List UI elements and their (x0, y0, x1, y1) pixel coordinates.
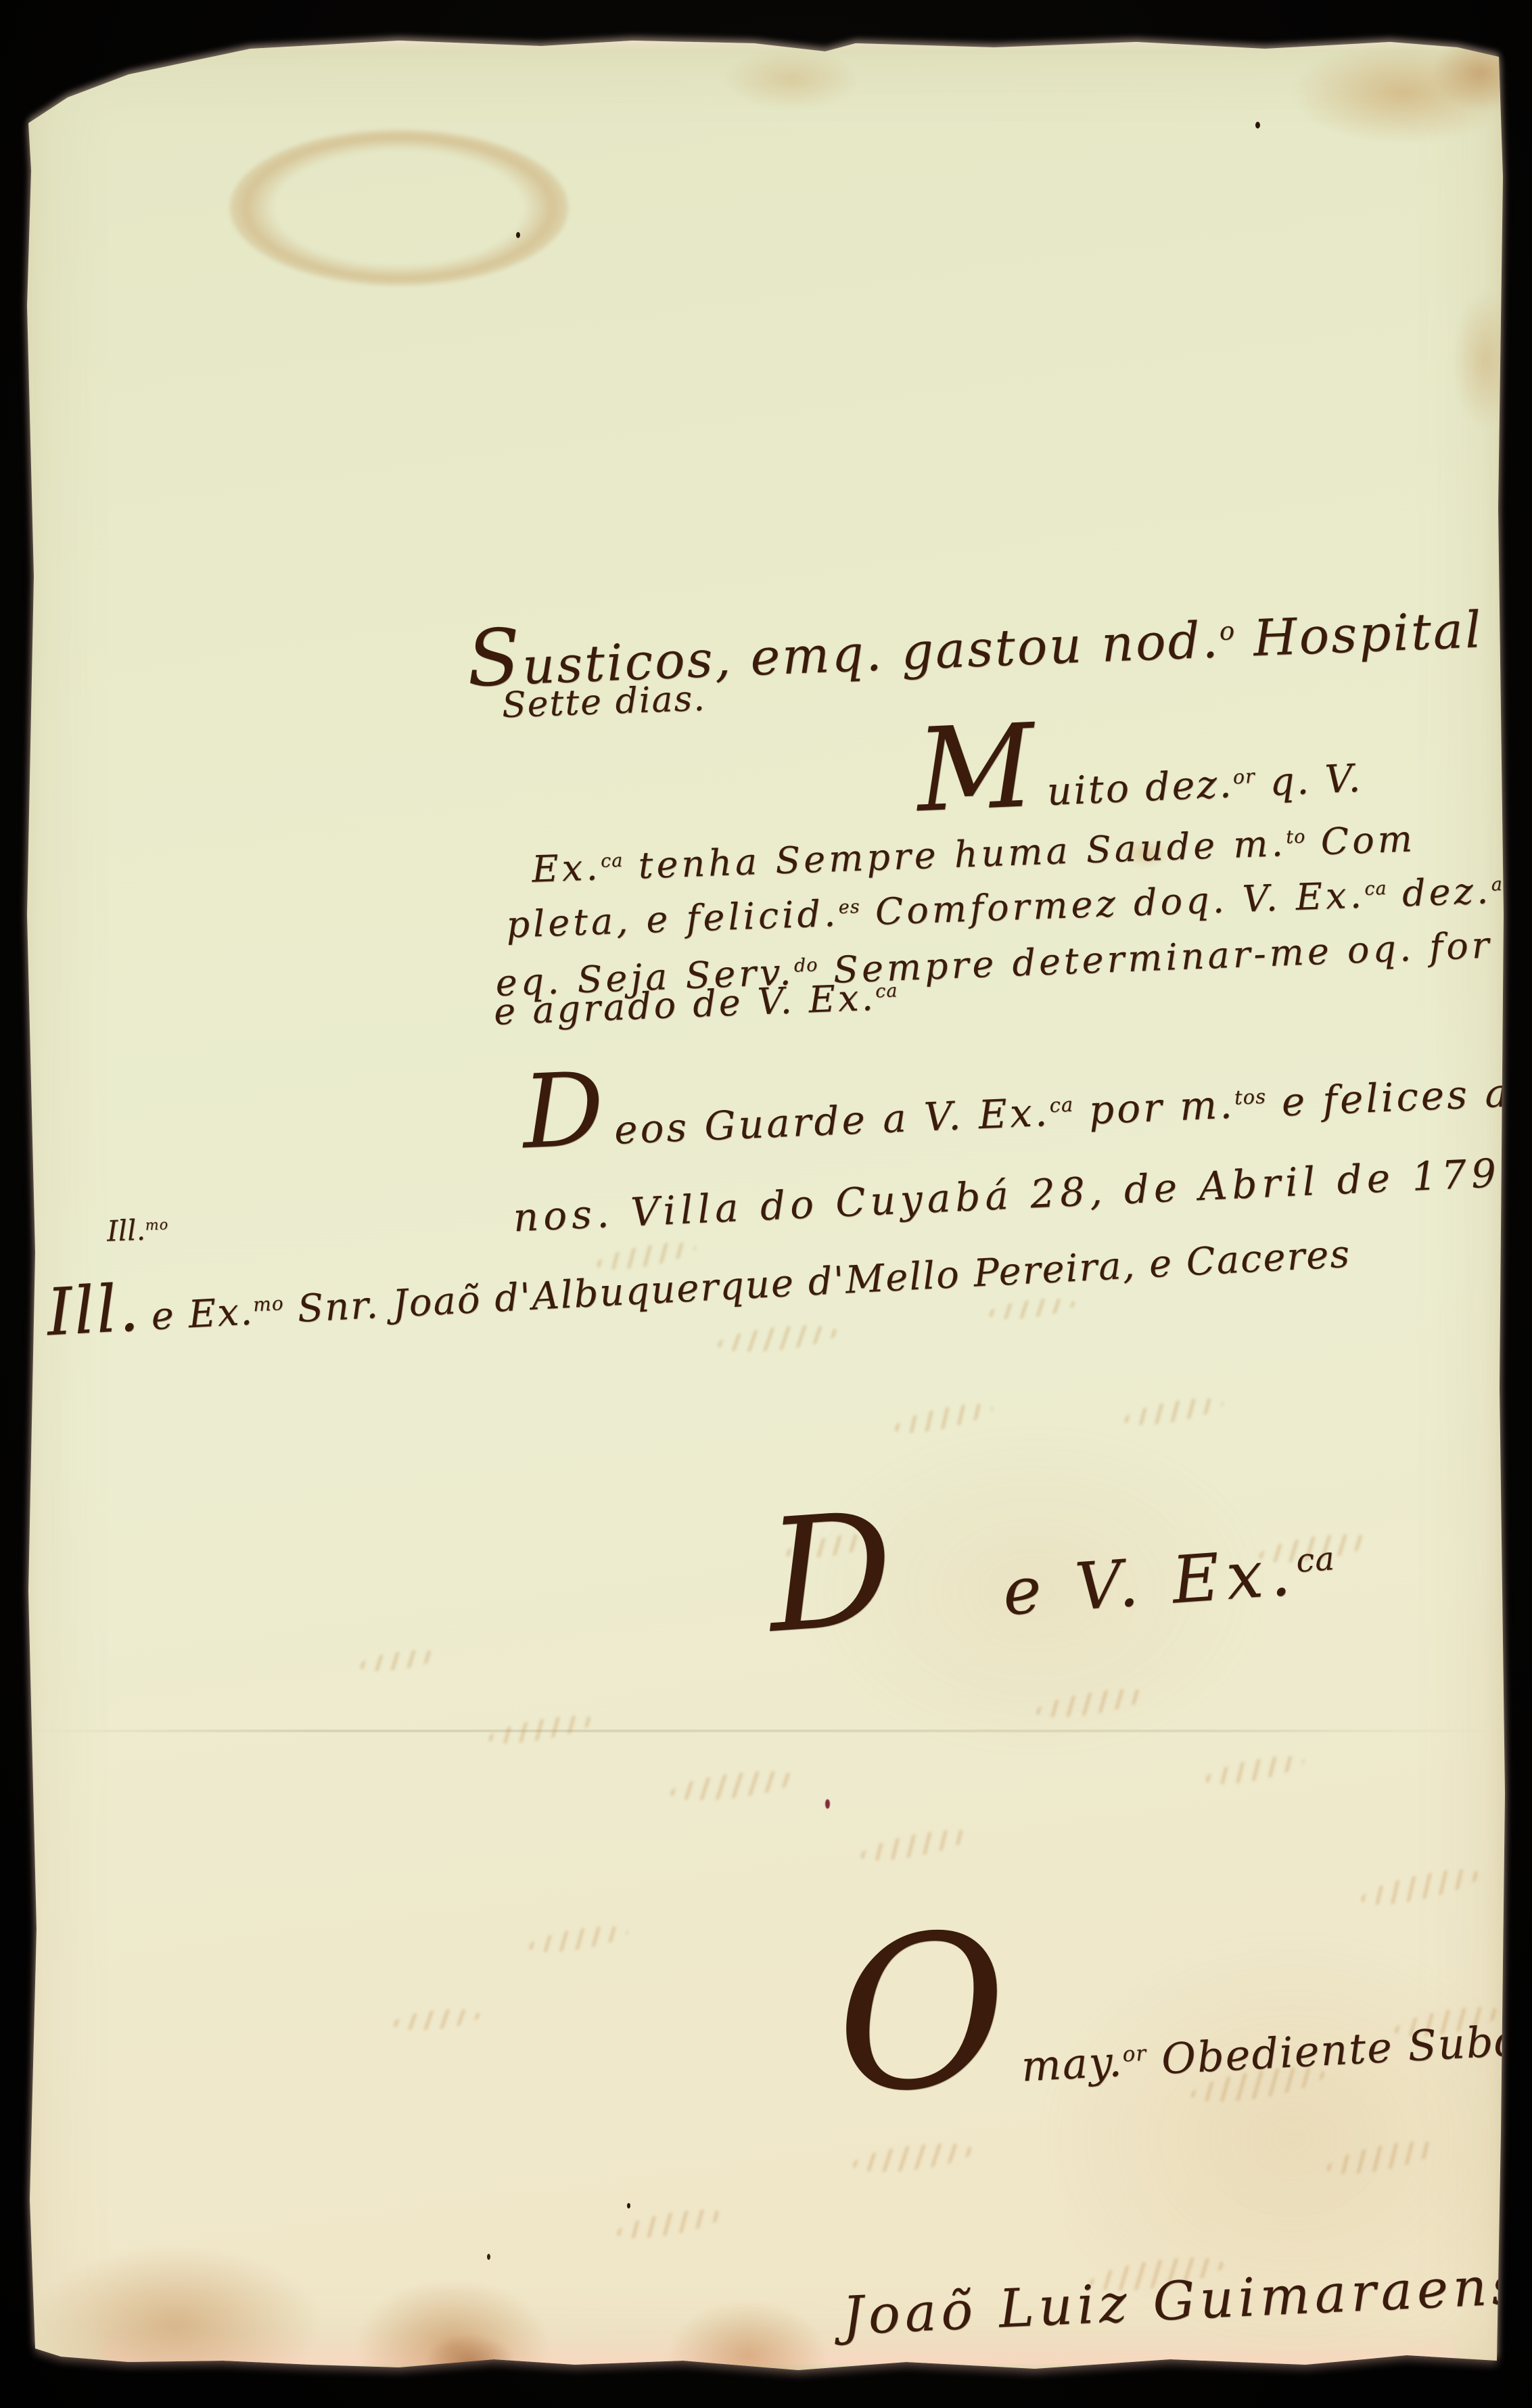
bleed-through-mark (1034, 1684, 1151, 1723)
corner-stain (1292, 42, 1515, 143)
bleed-through-mark (358, 1646, 440, 1675)
addressee-superscript: Ill.mo (106, 1212, 169, 1247)
bottom-stain (426, 2335, 514, 2389)
salutation-line: M uito dez.or q. V. (914, 685, 1364, 839)
bottom-stain (670, 2301, 825, 2408)
bleed-through-mark (614, 2204, 724, 2244)
bottom-stain (358, 2281, 548, 2408)
valediction-text: eos Guarde a V. Ex.ca por m.tos e felice… (613, 1069, 1532, 1153)
edge-stain (1454, 292, 1515, 427)
subscription-line: O may.or Obediente Subdito (829, 1857, 1532, 2140)
ink-speck (1255, 122, 1260, 129)
red-ink-speck (825, 1799, 830, 1809)
salutation-text: uito dez.or q. V. (1046, 756, 1363, 814)
signature: Joaõ Luiz Guimaraens (841, 2255, 1525, 2347)
closing-initial-letter: D (762, 1479, 906, 1668)
valediction-initial-letter: D (520, 1050, 609, 1172)
paper-sheet: Susticos, emq. gastou nod.o Hospital Set… (20, 35, 1505, 2376)
bleed-through-mark (1122, 1393, 1226, 1431)
bottom-stain (34, 2247, 318, 2403)
bleed-through-mark (1324, 2135, 1442, 2181)
top-edge-highlight (20, 35, 1505, 51)
addressee-text: e Ex.mo Snr. Joaõ d'Albuquerque d'Mello … (150, 1232, 1352, 1339)
bleed-through-mark (527, 1921, 630, 1957)
bleed-through-mark (669, 1766, 799, 1806)
ink-speck (487, 2254, 490, 2260)
corner-stain (1434, 35, 1529, 110)
bleed-through-mark (858, 1824, 975, 1867)
bleed-through-mark (486, 1710, 597, 1749)
closing-line: D e V. Ex.ca (762, 1448, 1340, 1668)
valediction-line: D eos Guarde a V. Ex.ca por m.tos e feli… (520, 1012, 1532, 1172)
ink-speck (516, 232, 520, 238)
bleed-through-mark (1203, 1751, 1307, 1790)
subject-line-2: Sette dias. (501, 678, 707, 726)
photo-backdrop: Susticos, emq. gastou nod.o Hospital Set… (0, 0, 1532, 2408)
fold-crease (20, 1730, 1505, 1732)
top-stain (724, 49, 859, 110)
ink-speck (627, 2203, 630, 2208)
bleed-through-mark (716, 1321, 840, 1357)
salutation-initial-letter: M (914, 699, 1040, 839)
bottom-edge-highlight (101, 2330, 1454, 2365)
subscription-text: may.or Obediente Subdito (1020, 2012, 1532, 2091)
bleed-through-mark (892, 1398, 996, 1439)
manuscript-paper: Susticos, emq. gastou nod.o Hospital Set… (20, 35, 1505, 2376)
addressee-initial: Ill. (45, 1270, 142, 1350)
bleed-through-mark (392, 2006, 481, 2033)
ring-stain (230, 130, 568, 285)
subscription-initial-letter: O (829, 1888, 1015, 2141)
bleed-through-mark (851, 2138, 975, 2177)
closing-text: e V. Ex.ca (1000, 1531, 1339, 1630)
